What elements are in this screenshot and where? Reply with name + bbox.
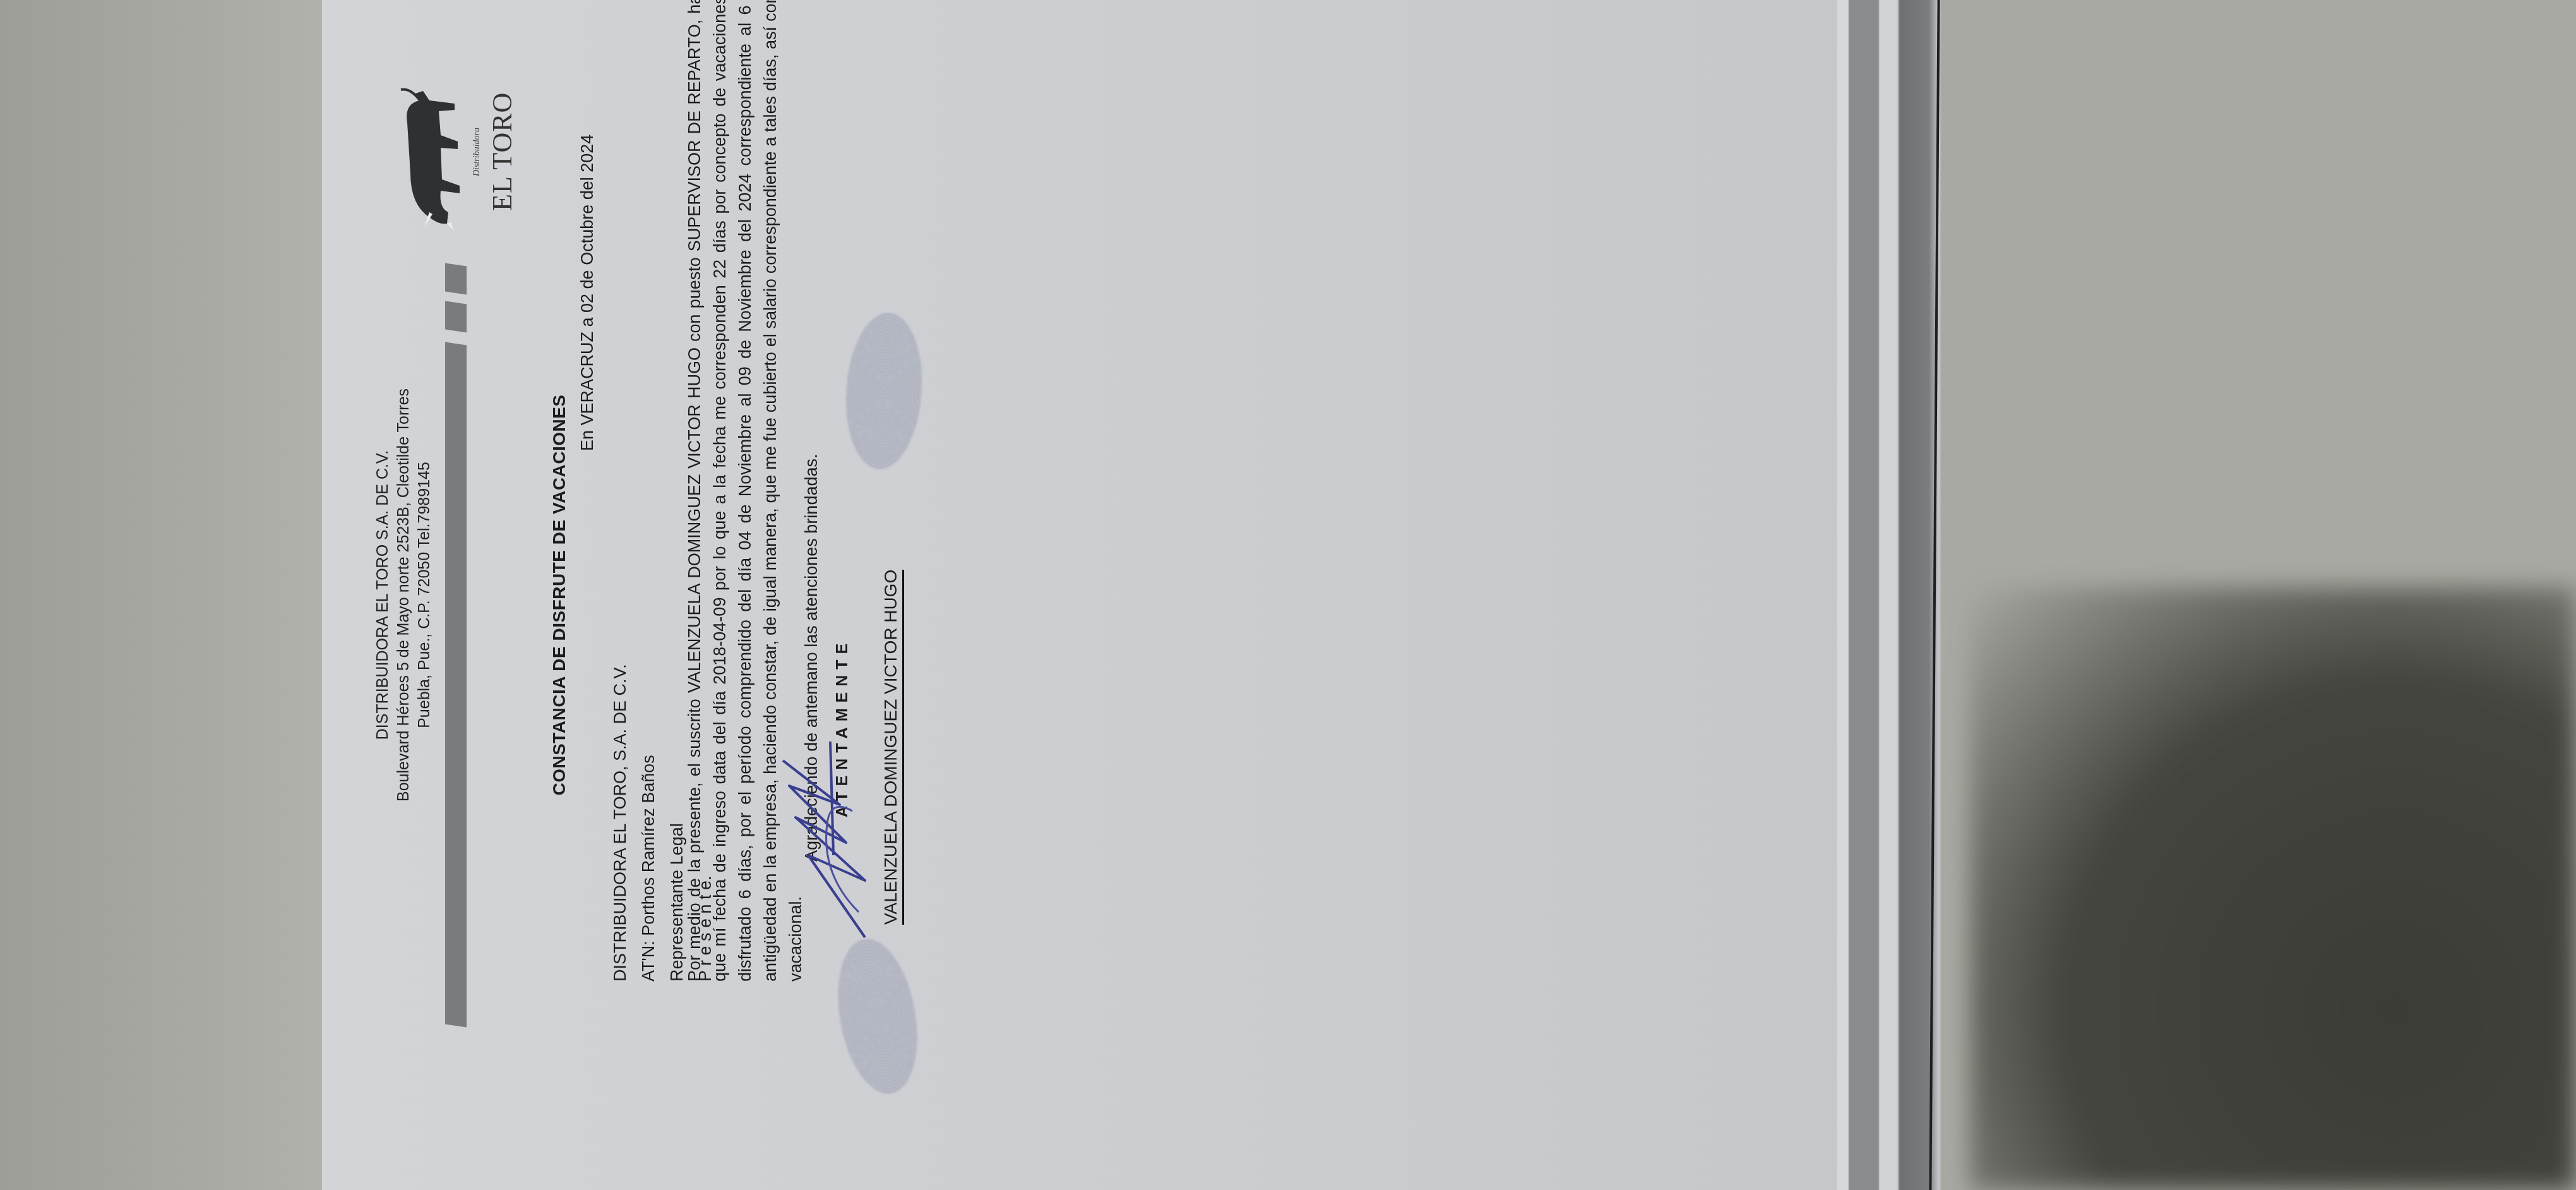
bull-icon	[385, 85, 480, 230]
logo-small-text: Distribuidora	[472, 128, 482, 176]
paper-stack-edge	[1834, 0, 1941, 1190]
signer-name: VALENZUELA DOMINGUEZ VICTOR HUGO	[881, 570, 904, 925]
header-bar-long	[445, 342, 467, 1028]
recipient-company: DISTRIBUIDORA EL TORO, S.A. DE C.V.	[606, 664, 635, 982]
signature-mark	[770, 735, 884, 950]
company-logo: Distribuidora EL TORO	[391, 66, 530, 306]
date-line: En VERACRUZ a 02 de Octubre del 2024	[578, 135, 597, 451]
shadow	[1970, 587, 2576, 1190]
fingerprint-left	[826, 932, 929, 1100]
document-title: CONSTANCIA DE DISFRUTE DE VACACIONES	[549, 0, 569, 1190]
fingerprint-right	[840, 310, 927, 472]
table-surface-left	[0, 0, 354, 1190]
logo-brand-name: EL TORO	[486, 92, 518, 211]
document-page: DISTRIBUIDORA EL TORO S.A. DE C.V. Boule…	[322, 0, 1837, 1190]
recipient-attention: AT'N: Porthos Ramírez Baños	[635, 664, 663, 982]
header-bar-short-1	[445, 301, 467, 333]
